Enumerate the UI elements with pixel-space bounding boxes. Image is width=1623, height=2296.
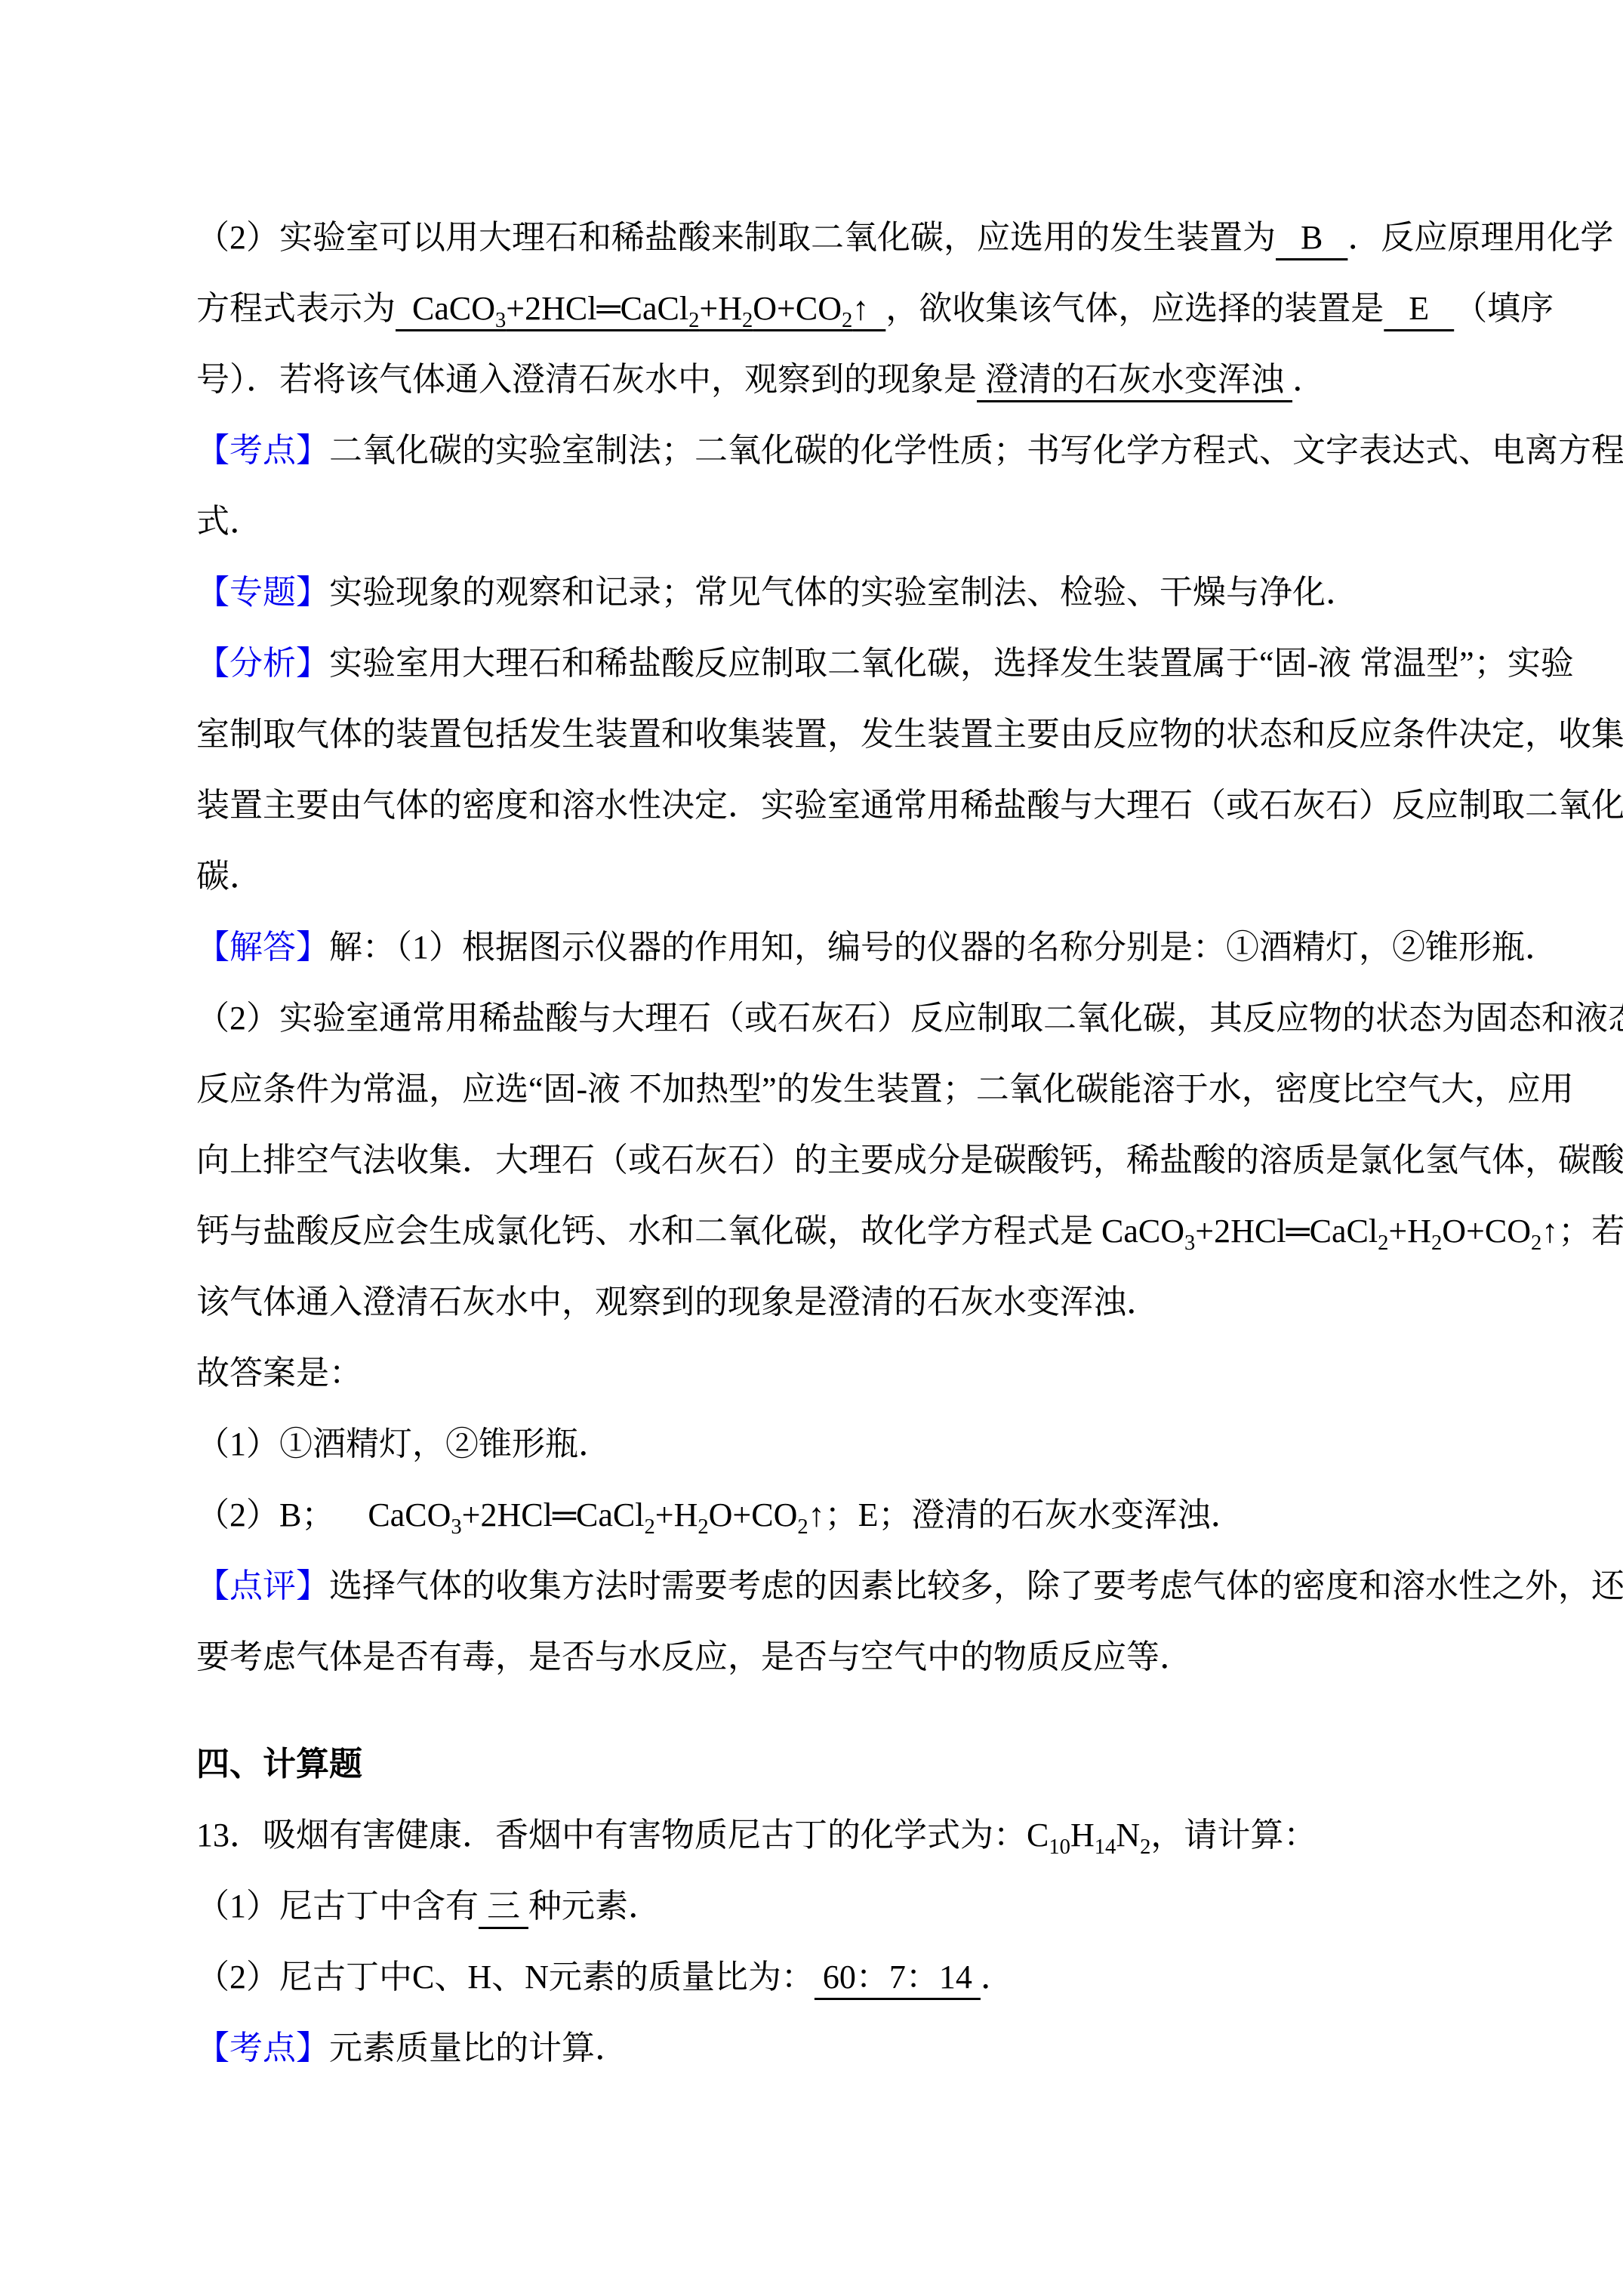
document-page: （2）实验室可以用大理石和稀盐酸来制取二氧化碳，应选用的发生装置为 B ．反应原… xyxy=(196,202,1502,2084)
text-run: 向上排空气法收集．大理石（或石灰石）的主要成分是碳酸钙，稀盐酸的溶质是氯化氢气体… xyxy=(196,1142,1623,1179)
text-run: 号）．若将该气体通入澄清石灰水中，观察到的现象是 xyxy=(196,361,977,398)
section-label: 【点评】 xyxy=(196,1567,329,1604)
text-run: O+CO xyxy=(1442,1213,1531,1250)
answer-blank: 澄清的石灰水变浑浊 xyxy=(977,361,1292,398)
text-line: （2）B； CaCO3+2HCl═CaCl2+H2O+CO2↑；E；澄清的石灰水… xyxy=(196,1480,1502,1551)
text-line: 故答案是： xyxy=(196,1338,1502,1409)
text-line: 【考点】二氧化碳的实验室制法；二氧化碳的化学性质；书写化学方程式、文字表达式、电… xyxy=(196,415,1502,486)
text-line: 碳． xyxy=(196,841,1502,912)
text-run: 种元素． xyxy=(528,1888,661,1925)
text-line: 号）．若将该气体通入澄清石灰水中，观察到的现象是 澄清的石灰水变浑浊 ． xyxy=(196,344,1502,415)
subscript: 14 xyxy=(1095,1835,1116,1859)
answer-blank: B xyxy=(1276,219,1347,256)
text-run: 三 xyxy=(479,1888,528,1925)
answer-blank: E xyxy=(1384,290,1454,327)
text-run: 二氧化碳的实验室制法；二氧化碳的化学性质；书写化学方程式、文字表达式、电离方程 xyxy=(329,432,1623,469)
text-run: 式． xyxy=(196,503,263,540)
text-line: 要考虑气体是否有毒，是否与水反应，是否与空气中的物质反应等． xyxy=(196,1622,1502,1693)
text-line: 式． xyxy=(196,486,1502,557)
text-line: 【解答】解：（1）根据图示仪器的作用知，编号的仪器的名称分别是：①酒精灯，②锥形… xyxy=(196,912,1502,983)
subscript: 2 xyxy=(742,309,753,332)
text-run: 该气体通入澄清石灰水中，观察到的现象是澄清的石灰水变浑浊． xyxy=(196,1284,1160,1321)
text-line: 向上排空气法收集．大理石（或石灰石）的主要成分是碳酸钙，稀盐酸的溶质是氯化氢气体… xyxy=(196,1125,1502,1196)
section-label: 【考点】 xyxy=(196,432,329,469)
text-line: 【考点】元素质量比的计算． xyxy=(196,2013,1502,2084)
text-run: （1）①酒精灯，②锥形瓶． xyxy=(196,1425,611,1462)
text-run: 方程式表示为 xyxy=(196,290,396,327)
text-run: 实验室用大理石和稀盐酸反应制取二氧化碳，选择发生装置属于“固-液 常温型”；实验 xyxy=(329,645,1574,682)
text-line: 【点评】选择气体的收集方法时需要考虑的因素比较多，除了要考虑气体的密度和溶水性之… xyxy=(196,1551,1502,1622)
text-line: 该气体通入澄清石灰水中，观察到的现象是澄清的石灰水变浑浊． xyxy=(196,1267,1502,1338)
text-run: N xyxy=(1116,1817,1140,1854)
text-run: 故答案是： xyxy=(196,1354,362,1391)
text-run: 室制取气体的装置包括发生装置和收集装置，发生装置主要由反应物的状态和反应条件决定… xyxy=(196,716,1623,753)
text-run: ． xyxy=(981,1959,1014,1996)
subscript: 2 xyxy=(1140,1835,1150,1859)
text-run: O+CO xyxy=(753,290,842,327)
text-run: +2HCl═CaCl xyxy=(1195,1213,1378,1250)
subscript: 2 xyxy=(797,1515,808,1539)
text-run: （2）B； CaCO xyxy=(196,1496,451,1533)
text-line: （1）①酒精灯，②锥形瓶． xyxy=(196,1409,1502,1480)
text-run: （2）尼古丁中C、H、N元素的质量比为： xyxy=(196,1959,815,1996)
text-line: 【分析】实验室用大理石和稀盐酸反应制取二氧化碳，选择发生装置属于“固-液 常温型… xyxy=(196,628,1502,699)
text-run: +2HCl═CaCl xyxy=(506,290,688,327)
subscript: 2 xyxy=(688,309,699,332)
text-run: E xyxy=(1384,290,1454,327)
text-run: 13．吸烟有害健康．香烟中有害物质尼古丁的化学式为：C xyxy=(196,1817,1049,1854)
text-run: CaCO xyxy=(396,290,495,327)
text-run: B xyxy=(1276,219,1347,256)
text-line: （2）实验室通常用稀盐酸与大理石（或石灰石）反应制取二氧化碳，其反应物的状态为固… xyxy=(196,983,1502,1054)
text-run: 澄清的石灰水变浑浊 xyxy=(977,361,1292,398)
section-heading: 四、计算题 xyxy=(196,1729,1502,1800)
answer-blank: 60：7：14 xyxy=(815,1959,981,1996)
text-run: 60：7：14 xyxy=(815,1959,981,1996)
text-line: 13．吸烟有害健康．香烟中有害物质尼古丁的化学式为：C10H14N2，请计算： xyxy=(196,1800,1502,1871)
subscript: 2 xyxy=(644,1515,654,1539)
text-run: ．反应原理用化学 xyxy=(1347,219,1613,256)
text-run: ，请计算： xyxy=(1150,1817,1317,1854)
text-run: （2）实验室可以用大理石和稀盐酸来制取二氧化碳，应选用的发生装置为 xyxy=(196,219,1276,256)
text-run: ． xyxy=(1292,361,1326,398)
section-label: 【考点】 xyxy=(196,2029,329,2066)
answer-blank: 三 xyxy=(479,1888,528,1925)
text-run: ↑ xyxy=(852,290,885,327)
text-line: 装置主要由气体的密度和溶水性决定．实验室通常用稀盐酸与大理石（或石灰石）反应制取… xyxy=(196,770,1502,841)
text-line: （2）实验室可以用大理石和稀盐酸来制取二氧化碳，应选用的发生装置为 B ．反应原… xyxy=(196,202,1502,273)
text-line: 反应条件为常温，应选“固-液 不加热型”的发生装置；二氧化碳能溶于水，密度比空气… xyxy=(196,1054,1502,1125)
text-run: 装置主要由气体的密度和溶水性决定．实验室通常用稀盐酸与大理石（或石灰石）反应制取… xyxy=(196,787,1623,824)
text-line: 【专题】实验现象的观察和记录；常见气体的实验室制法、检验、干燥与净化． xyxy=(196,557,1502,628)
text-run: +H xyxy=(1388,1213,1431,1250)
text-line: 钙与盐酸反应会生成氯化钙、水和二氧化碳，故化学方程式是 CaCO3+2HCl═C… xyxy=(196,1196,1502,1267)
text-run: O+CO xyxy=(709,1496,798,1533)
text-run: 解：（1）根据图示仪器的作用知，编号的仪器的名称分别是：①酒精灯，②锥形瓶． xyxy=(329,929,1558,966)
section-label: 【分析】 xyxy=(196,645,329,682)
text-line: （2）尼古丁中C、H、N元素的质量比为： 60：7：14 ． xyxy=(196,1942,1502,2013)
text-run: （填序 xyxy=(1454,290,1554,327)
text-run: 反应条件为常温，应选“固-液 不加热型”的发生装置；二氧化碳能溶于水，密度比空气… xyxy=(196,1071,1574,1108)
text-line: 室制取气体的装置包括发生装置和收集装置，发生装置主要由反应物的状态和反应条件决定… xyxy=(196,699,1502,770)
text-run: 选择气体的收集方法时需要考虑的因素比较多，除了要考虑气体的密度和溶水性之外，还 xyxy=(329,1567,1623,1604)
subscript: 2 xyxy=(842,309,852,332)
text-run: 元素质量比的计算． xyxy=(329,2029,628,2066)
text-run: 四、计算题 xyxy=(196,1746,362,1783)
text-run: （2）实验室通常用稀盐酸与大理石（或石灰石）反应制取二氧化碳，其反应物的状态为固… xyxy=(196,1000,1623,1037)
subscript: 3 xyxy=(495,309,506,332)
subscript: 2 xyxy=(1431,1231,1442,1255)
text-line: 方程式表示为 CaCO3+2HCl═CaCl2+H2O+CO2↑ ，欲收集该气体… xyxy=(196,273,1502,344)
text-run: 钙与盐酸反应会生成氯化钙、水和二氧化碳，故化学方程式是 CaCO xyxy=(196,1213,1184,1250)
text-run: ，欲收集该气体，应选择的装置是 xyxy=(885,290,1384,327)
text-run: +2HCl═CaCl xyxy=(462,1496,645,1533)
text-run: +H xyxy=(655,1496,698,1533)
subscript: 10 xyxy=(1049,1835,1070,1859)
section-label: 【专题】 xyxy=(196,574,329,611)
text-run: （1）尼古丁中含有 xyxy=(196,1888,479,1925)
text-run: 实验现象的观察和记录；常见气体的实验室制法、检验、干燥与净化． xyxy=(329,574,1359,611)
text-run: +H xyxy=(699,290,742,327)
subscript: 3 xyxy=(1184,1231,1195,1255)
text-run: 要考虑气体是否有毒，是否与水反应，是否与空气中的物质反应等． xyxy=(196,1638,1193,1675)
text-run: H xyxy=(1070,1817,1095,1854)
text-run: 碳． xyxy=(196,858,263,895)
subscript: 2 xyxy=(1531,1231,1541,1255)
subscript: 2 xyxy=(1378,1231,1388,1255)
text-run: ↑；若将 xyxy=(1541,1213,1623,1250)
subscript: 2 xyxy=(698,1515,708,1539)
answer-blank: CaCO3+2HCl═CaCl2+H2O+CO2↑ xyxy=(396,290,885,327)
subscript: 3 xyxy=(451,1515,461,1539)
text-run: ↑；E；澄清的石灰水变浑浊． xyxy=(808,1496,1244,1533)
section-label: 【解答】 xyxy=(196,929,329,966)
text-line: （1）尼古丁中含有 三 种元素． xyxy=(196,1871,1502,1942)
